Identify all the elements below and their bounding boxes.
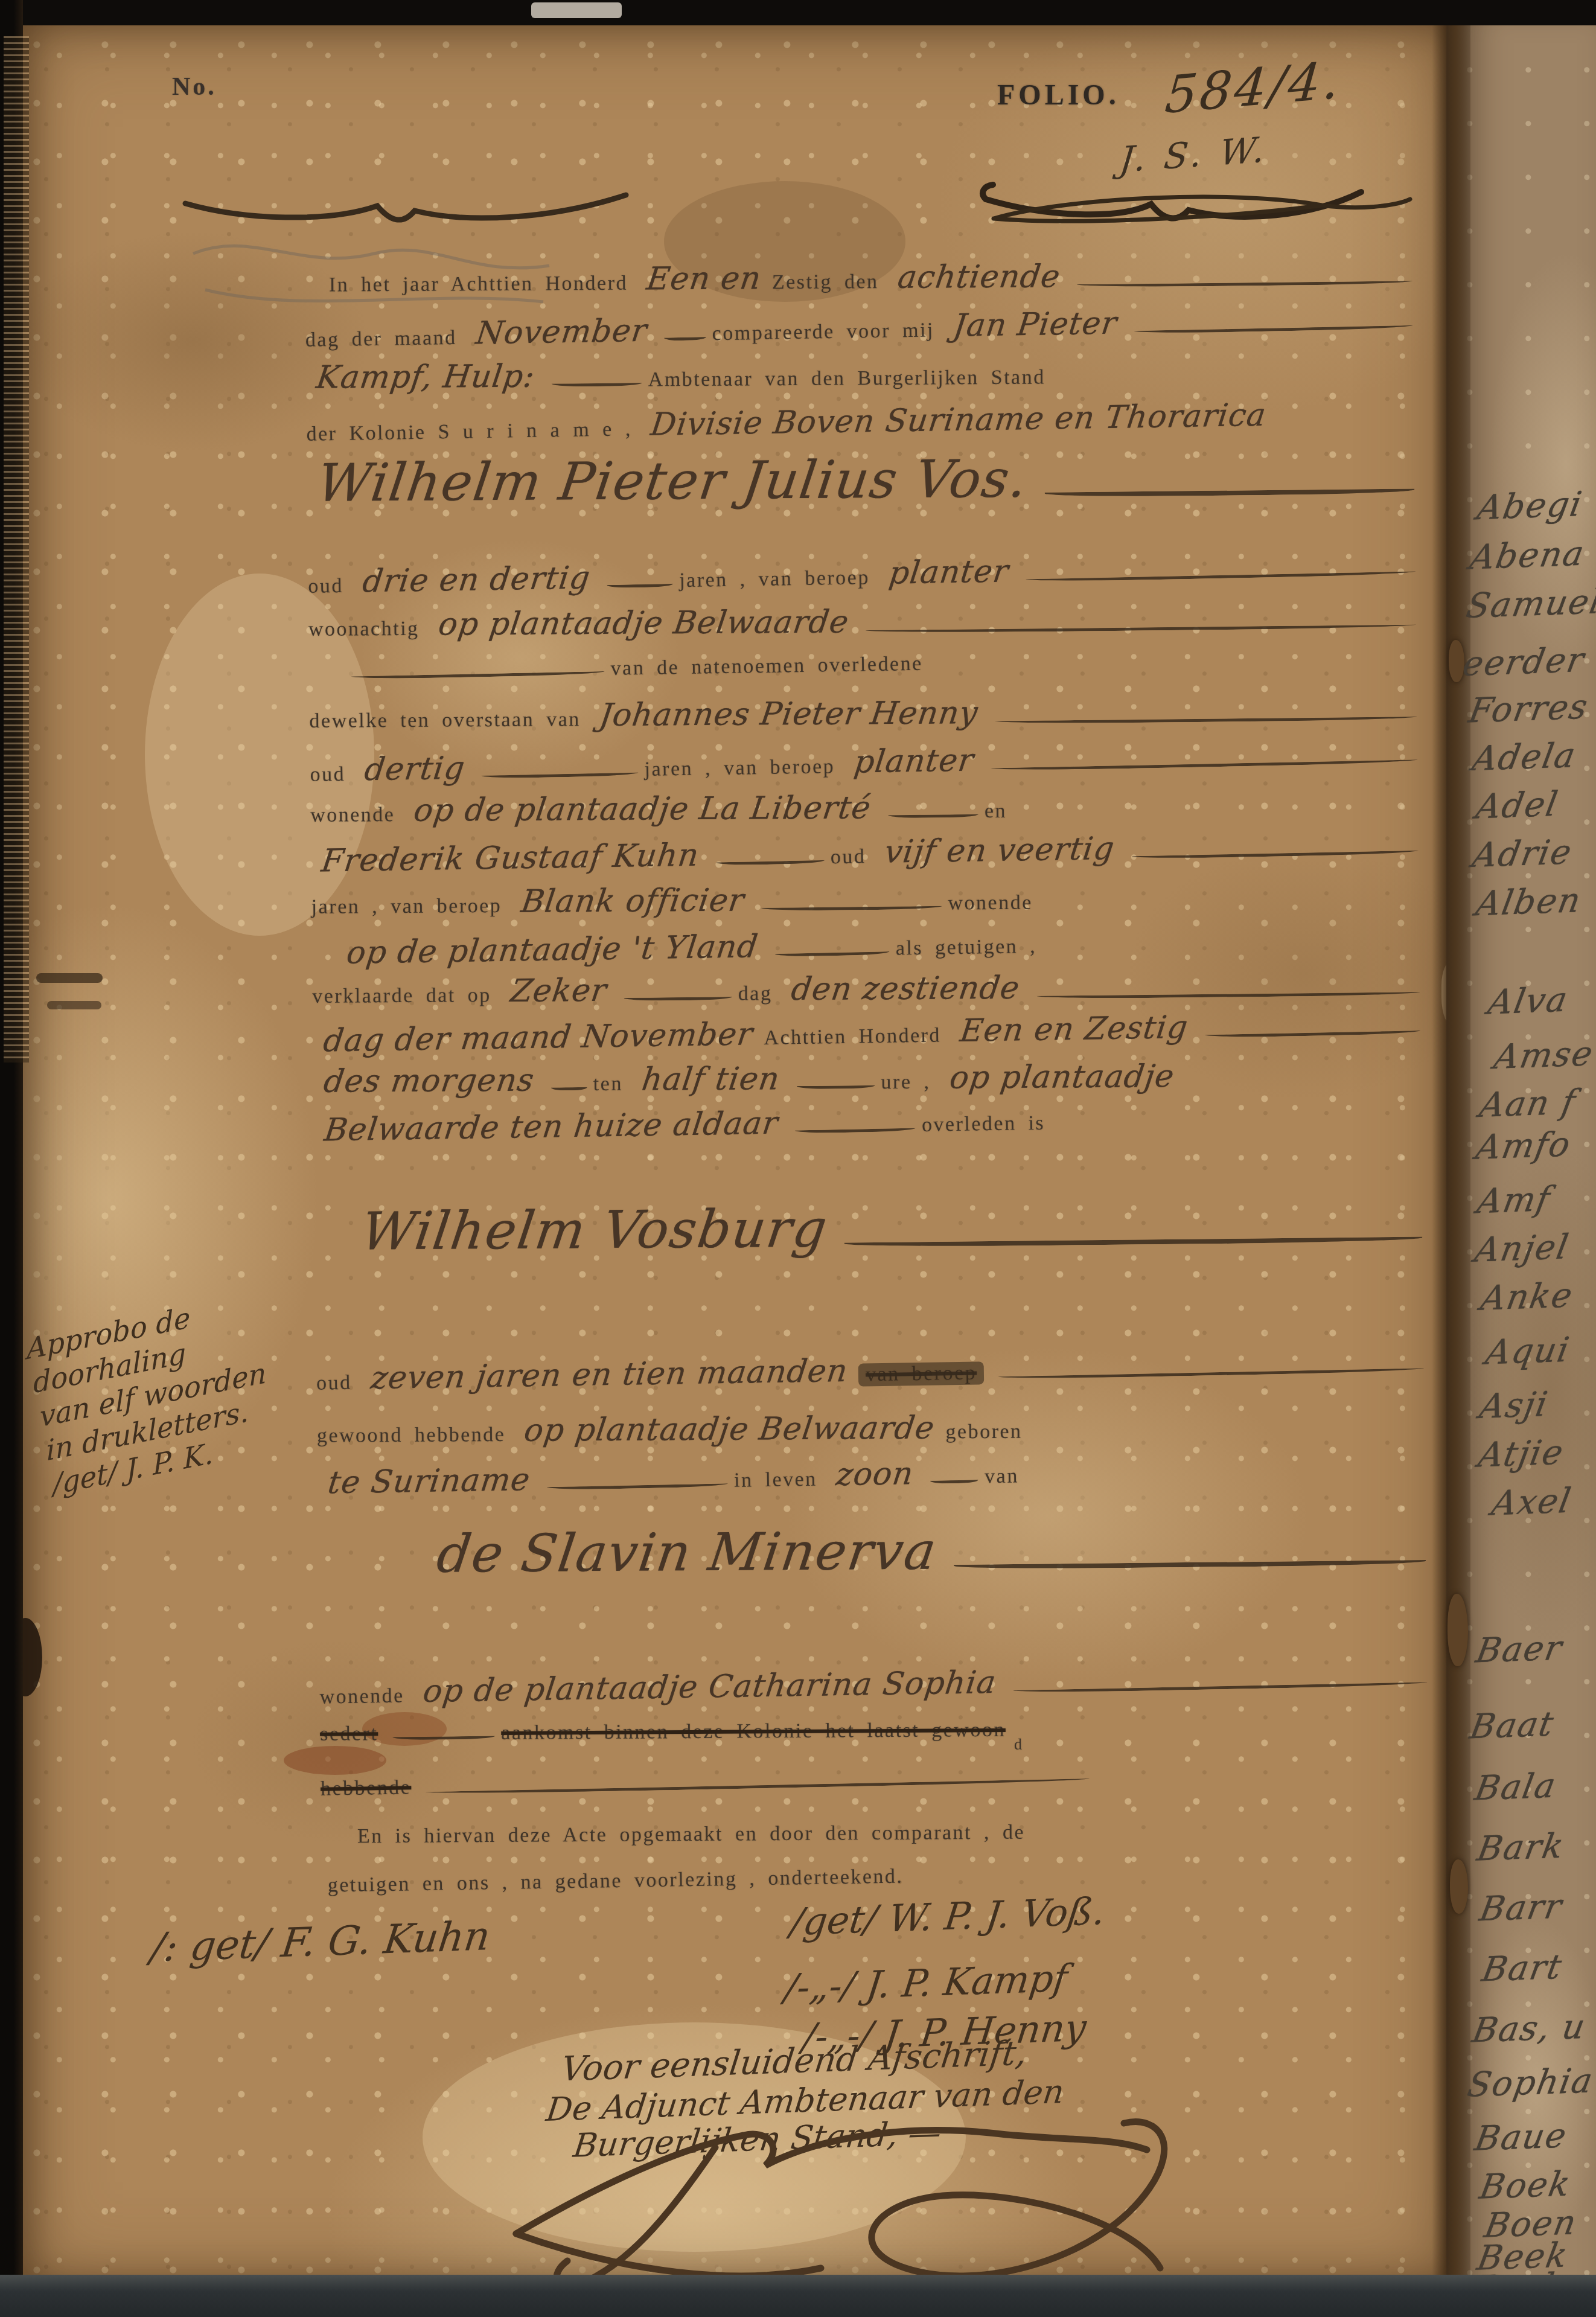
handwritten-entry: op plantaadje Belwaarde: [522, 1410, 937, 1449]
ink-rule: [1132, 846, 1419, 860]
handwritten-entry: Een en: [645, 260, 764, 297]
ink-rule: [1013, 1677, 1427, 1693]
index-name: Amfo: [1473, 1125, 1574, 1168]
handwritten-entry: dertig: [362, 750, 467, 788]
handwritten-entry: op de plantaadje La Liberté: [412, 790, 873, 829]
act-line: wonendeop de plantaadje Catharina Sophia: [319, 1658, 1434, 1711]
ink-rule: [954, 1555, 1426, 1570]
printed-form-text: in leven: [734, 1468, 817, 1492]
printed-form-text: verklaarde dat op: [312, 984, 491, 1008]
index-name: Asji: [1476, 1385, 1551, 1427]
printed-form-text: compareerde voor mij: [712, 319, 934, 345]
handwritten-entry: des morgens: [322, 1063, 537, 1100]
ink-rule: [1134, 321, 1413, 334]
index-name: Baat: [1467, 1704, 1557, 1747]
handwritten-entry: den zestiende: [789, 970, 1022, 1008]
ink-rule: [1205, 1026, 1420, 1038]
printed-form-text: jaren , van beroep: [679, 566, 870, 592]
handwritten-entry: half tien: [640, 1061, 782, 1098]
printed-form-text: ten: [593, 1073, 623, 1096]
act-line: Kampf, Hulp:Ambtenaar van den Burgerlijk…: [305, 353, 1419, 396]
handwritten-entry: Belwaarde ten huize aldaar: [322, 1105, 780, 1149]
printed-form-text: wonende: [310, 804, 395, 827]
index-name: Boek: [1476, 2164, 1574, 2207]
printed-form-text: dewelke ten overstaan van: [309, 708, 580, 733]
act-line: Wilhelm Vosburg: [314, 1195, 1429, 1262]
ink-rule: [1036, 987, 1420, 999]
index-name: Abegi: [1474, 485, 1586, 528]
scanned-register-page: No. FOLIO. 584/4. J. S. W. Approbo de do…: [0, 0, 1596, 2317]
paper-nick: [531, 2, 622, 18]
printed-form-text: woonachtig: [308, 618, 420, 641]
act-line: hebbende: [321, 1760, 1434, 1801]
index-name: Forres: [1466, 687, 1591, 730]
binding-crease: [1432, 0, 1470, 2317]
handwritten-entry: planter: [887, 553, 1010, 591]
act-line: des morgenstenhalf tienure ,op plantaadj…: [313, 1057, 1427, 1100]
handwritten-entry: Divisie Boven Suriname en Thorarica: [649, 397, 1268, 443]
printed-form-text: En is hiervan deze Acte opgemaakt en doo…: [357, 1821, 1025, 1849]
ink-rule: [761, 901, 942, 911]
handwritten-entry: planter: [852, 742, 975, 780]
printed-form-text: overleden is: [922, 1112, 1045, 1137]
index-name: Atjie: [1475, 1433, 1567, 1475]
index-name: Barr: [1476, 1887, 1566, 1929]
printed-form-text: jaren , van beroep: [644, 755, 835, 781]
act-line: op de plantaadje 't Ylandals getuigen ,: [311, 918, 1426, 972]
handwritten-entry: Een en Zestig: [958, 1009, 1190, 1049]
printed-form-text: Zestig den: [772, 270, 879, 294]
handwritten-entry: Zeker: [508, 973, 609, 1009]
act-line: ouddrie en dertigjaren , van beroepplant…: [308, 547, 1422, 601]
binding-knot: [1448, 1594, 1468, 1666]
spacer: [309, 679, 345, 680]
act-line: de Slavin Minerva: [318, 1518, 1432, 1585]
printed-form-text: oud: [831, 845, 866, 869]
handwritten-name: de Slavin Minerva: [433, 1521, 940, 1585]
index-name: Alben: [1473, 881, 1585, 924]
printed-form-text: oud: [308, 575, 343, 598]
index-name: Bas, u: [1469, 2007, 1589, 2051]
page-stack-edges: [4, 36, 29, 1063]
index-name: Axel: [1489, 1481, 1575, 1523]
index-name: Bart: [1479, 1947, 1565, 1989]
act-line: dag der maandNovembercompareerde voor mi…: [305, 301, 1419, 354]
index-name: Adrie: [1469, 833, 1575, 875]
index-name: Adela: [1469, 736, 1579, 779]
ink-rule: [351, 666, 605, 679]
ink-rule: [624, 992, 732, 1001]
index-name: Amf: [1474, 1180, 1554, 1222]
printed-form-text: Ambtenaar van den Burgerlijken Stand: [648, 366, 1045, 391]
index-name: eerder wed: [1460, 638, 1596, 684]
act-line: ouddertigjaren , van beroepplanter: [310, 735, 1424, 789]
index-name: Aqui: [1483, 1330, 1573, 1372]
handwritten-entry: Frederik Gustaaf Kuhn: [319, 837, 701, 880]
spacer: [318, 1572, 427, 1573]
act-line: oudzeven jaren en tien maandenvan beroep: [316, 1344, 1430, 1398]
index-name: Amse: [1491, 1034, 1596, 1077]
handwritten-entry: zoon: [834, 1456, 916, 1493]
printed-form-text: dag der maand: [305, 327, 457, 352]
printed-form-text: oud: [310, 763, 345, 787]
no-label: No.: [172, 72, 217, 101]
ink-rule: [991, 755, 1417, 771]
ink-rule: [866, 620, 1416, 634]
handwritten-entry: Blank officier: [519, 882, 746, 919]
act-line: der Kolonie S u r i n a m e ,Divisie Bov…: [306, 395, 1420, 449]
ink-rule: [1026, 567, 1416, 583]
printed-form-text: getuigen en ons , na gedane voorlezing ,…: [327, 1865, 903, 1897]
ink-rule: [664, 332, 706, 340]
ink-rule: [796, 1081, 875, 1089]
handwritten-entry: Johannes Pieter Henny: [598, 695, 981, 733]
handwritten-entry: te Suriname: [326, 1462, 532, 1501]
printed-form-text: gewoond hebbende: [317, 1424, 506, 1448]
handwritten-entry: op de plantaadje 't Yland: [345, 928, 761, 971]
index-name: Bark: [1474, 1826, 1568, 1868]
ink-rule: [1077, 276, 1412, 287]
printed-form-text: ure ,: [881, 1071, 930, 1094]
index-name: Aan f: [1476, 1082, 1579, 1125]
scan-edge-top: [0, 0, 1596, 25]
ink-rule: [844, 1232, 1423, 1248]
index-name: Baer: [1473, 1628, 1566, 1670]
act-line: te Surinamein levenzoonvan: [317, 1448, 1431, 1501]
scan-edge-bottom: [0, 2275, 1596, 2317]
index-name: Anjel: [1472, 1227, 1572, 1270]
index-name: Bala: [1472, 1766, 1559, 1808]
ink-rule: [888, 810, 978, 819]
binding-knot: [1450, 1859, 1468, 1914]
act-line: In het jaar Achttien HonderdEen enZestig…: [329, 257, 1419, 299]
handwritten-entry: zeven jaren en tien maanden: [369, 1353, 850, 1397]
handwritten-entry: vijf en veertig: [883, 831, 1117, 871]
act-line: sedertaankomst binnen deze Kolonie het l…: [320, 1716, 1434, 1746]
ink-rule: [552, 378, 642, 387]
act-line: jaren , van beroepBlank officierwonende: [311, 878, 1425, 921]
printed-form-text: en: [985, 800, 1007, 823]
handwritten-name: Wilhelm Pieter Julius Vos.: [314, 449, 1032, 514]
ink-rule: [547, 1478, 728, 1490]
handwritten-name: Wilhelm Vosburg: [358, 1199, 832, 1262]
ink-rule: [998, 1363, 1424, 1379]
struck-printed-text: hebbende: [321, 1776, 412, 1800]
ink-rule: [482, 768, 639, 779]
printed-form-text: wonende: [948, 892, 1032, 915]
printed-form-text: oud: [316, 1372, 352, 1395]
ink-rule: [930, 1475, 978, 1484]
act-line: gewoond hebbendeop plantaadje Belwaardeg…: [317, 1407, 1431, 1450]
index-name: Alva: [1485, 980, 1571, 1022]
act-line: van de natenoemen overledene: [308, 645, 1422, 685]
index-name: Abena: [1467, 534, 1588, 577]
printed-form-text: van de natenoemen overledene: [610, 653, 923, 680]
ink-rule: [392, 1731, 495, 1740]
index-name: Baue: [1472, 2116, 1570, 2159]
act-line: woonachtigop plantaadje Belwaarde: [308, 601, 1422, 644]
act-line: Frederik Gustaaf Kuhnoudvijf en veertig: [310, 826, 1425, 880]
spacer: [312, 964, 336, 964]
handwritten-entry: op plantaadje: [947, 1058, 1176, 1096]
index-name: Sophia: [1464, 2061, 1596, 2105]
index-name: Samuel: [1463, 582, 1596, 626]
ink-rule: [1044, 484, 1414, 497]
act-line: Wilhelm Pieter Julius Vos.: [307, 447, 1421, 514]
handwritten-entry: op plantaadje Belwaarde: [436, 604, 851, 642]
printed-form-text: der Kolonie S u r i n a m e ,: [306, 418, 632, 446]
printed-form-text: als getuigen ,: [895, 935, 1036, 960]
act-line: En is hiervan deze Acte opgemaakt en doo…: [357, 1818, 1435, 1848]
handwritten-entry: achtiende: [895, 258, 1062, 296]
ink-rule: [775, 947, 890, 957]
ink-rule: [426, 1774, 1090, 1795]
handwritten-entry: dag der maand November: [321, 1016, 755, 1059]
index-name: Adel: [1473, 784, 1562, 826]
act-line: dag der maand NovemberAchttien HonderdEe…: [313, 1006, 1427, 1059]
printed-form-text: jaren , van beroep: [311, 895, 502, 919]
handwritten-entry: Jan Pieter: [951, 305, 1119, 344]
printed-form-text: geboren: [945, 1421, 1022, 1444]
blotted-out-text: van beroep: [858, 1361, 985, 1386]
act-line: wonendeop de plantaadje La Libertéen: [310, 787, 1424, 829]
ink-rule: [795, 1123, 916, 1134]
handwritten-entry: Kampf, Hulp:: [314, 359, 537, 396]
index-name: Anke: [1478, 1276, 1576, 1318]
act-line: Belwaarde ten huize aldaaroverleden is: [313, 1095, 1428, 1149]
handwritten-entry: op de plantaadje Catharina Sophia: [421, 1664, 998, 1710]
printed-form-text: Achttien Honderd: [764, 1024, 941, 1050]
act-line: dewelke ten overstaan vanJohannes Pieter…: [309, 692, 1423, 735]
ink-rule: [995, 712, 1417, 724]
printed-form-text: wonende: [319, 1684, 404, 1708]
handwritten-entry: drie en dertig: [360, 560, 592, 599]
ink-rule: [551, 1082, 587, 1091]
handwritten-entry: November: [474, 313, 650, 352]
residual-letter: d: [1014, 1736, 1024, 1754]
printed-form-text: In het jaar Achttien Honderd: [329, 272, 628, 297]
printed-form-text: dag: [738, 982, 773, 1005]
act-line: getuigen en ons , na gedane voorlezing ,…: [327, 1857, 1435, 1897]
act-line: verklaarde dat opZekerdagden zestiende: [312, 968, 1426, 1011]
ink-rule: [607, 579, 673, 588]
struck-printed-text: aankomst binnen deze Kolonie het laatst …: [501, 1719, 1006, 1745]
struck-printed-text: sedert: [320, 1722, 378, 1746]
ink-rule: [716, 855, 825, 866]
printed-form-text: van: [985, 1465, 1019, 1488]
